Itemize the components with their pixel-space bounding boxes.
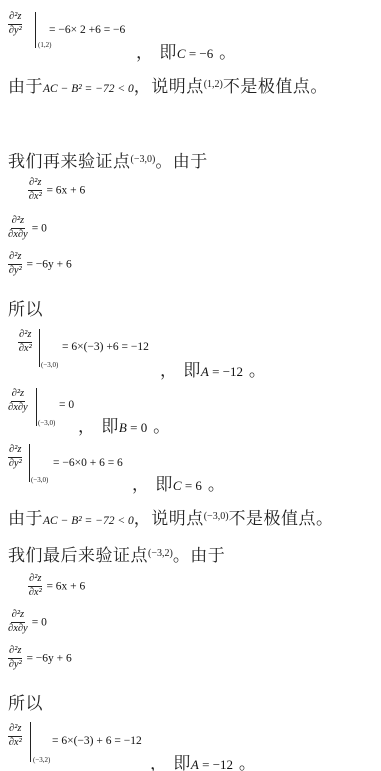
evaluation-bar	[35, 12, 36, 48]
c-expression: = −6× 2 +6 = −6	[49, 24, 125, 36]
evaluation-bar	[39, 329, 40, 367]
b-expression: = 0	[59, 399, 74, 411]
deriv-zxx: ∂²z∂x² = 6x + 6	[28, 178, 85, 202]
deriv-zxy: ∂²z∂x∂y = 0	[8, 610, 47, 634]
therefore-label: 所以	[8, 295, 43, 320]
intro-line-point-3-2: 我们最后来验证点(−3,2)。由于	[8, 541, 225, 566]
evaluation-point: (−3,0)	[38, 419, 55, 427]
a-conclusion: ， 即A = −12 。	[160, 356, 266, 381]
intro-line-point-3-0: 我们再来验证点(−3,0)。由于	[8, 147, 208, 172]
deriv-zyy: ∂²z∂y² = −6y + 6	[8, 252, 72, 276]
evaluation-point: (−3,0)	[41, 361, 58, 369]
evaluation-point: (−3,0)	[31, 476, 48, 484]
fraction-d2z-dx2: ∂²z∂x²	[18, 330, 32, 354]
fraction-d2z-dy2: ∂²z∂y²	[8, 12, 22, 36]
evaluation-point: (−3,2)	[33, 756, 50, 764]
a-expression: = 6×(−3) + 6 = −12	[52, 735, 142, 747]
c-expression: = −6×0 + 6 = 6	[53, 457, 123, 469]
b-conclusion: ， 即B = 0 。	[78, 412, 171, 437]
deriv-zxy: ∂²z∂x∂y = 0	[8, 216, 47, 240]
evaluation-bar	[29, 444, 30, 482]
evaluation-point: (1,2)	[38, 41, 51, 49]
discriminant-line-1-2: 由于AC − B² = −72 < 0，说明点(1,2)不是极值点。	[8, 72, 328, 97]
evaluation-bar	[36, 388, 37, 426]
discriminant-line-3-0: 由于AC − B² = −72 < 0，说明点(−3,0)不是极值点。	[8, 504, 334, 529]
fraction-d2z-dx2: ∂²z∂x²	[8, 724, 22, 748]
deriv-zxx: ∂²z∂x² = 6x + 6	[28, 574, 85, 598]
evaluation-bar	[30, 722, 31, 762]
therefore-label: 所以	[8, 689, 43, 714]
deriv-zyy: ∂²z∂y² = −6y + 6	[8, 646, 72, 670]
c-conclusion: ， 即C = −6 。	[136, 38, 237, 63]
c-conclusion: ， 即C = 6 。	[132, 470, 225, 495]
fraction-d2z-dy2: ∂²z∂y²	[8, 445, 22, 469]
fraction-d2z-dxdy: ∂²z∂x∂y	[8, 389, 28, 413]
a-expression: = 6×(−3) +6 = −12	[62, 341, 149, 353]
a-conclusion: ， 即A = −12 。	[150, 749, 256, 771]
